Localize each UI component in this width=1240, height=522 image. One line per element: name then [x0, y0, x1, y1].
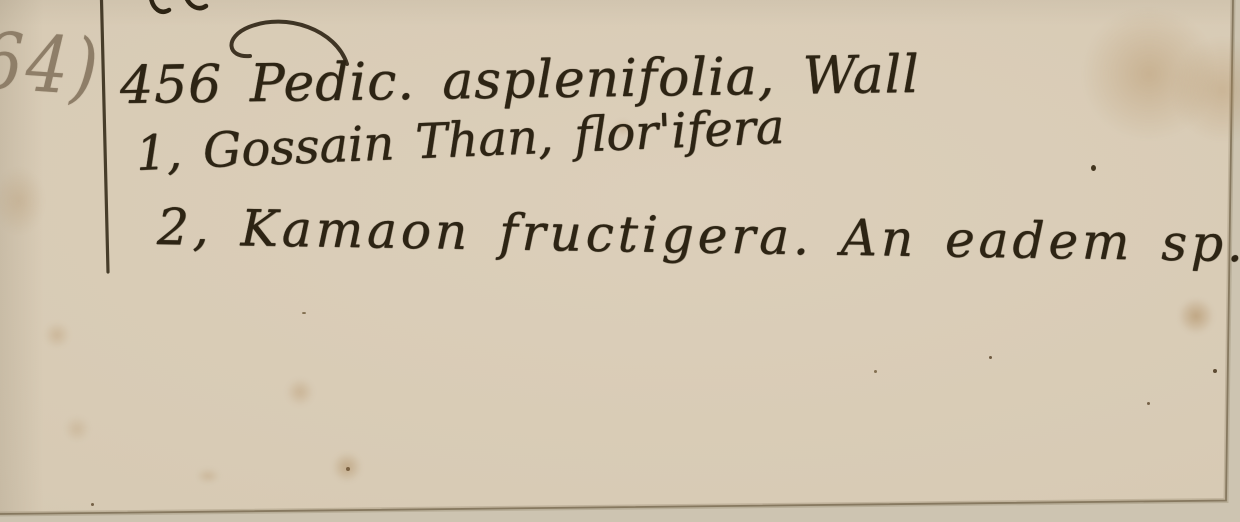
handwritten-line-species: 456 Pedic. asplenifolia, Wall [120, 45, 921, 116]
manuscript-page: 64) 456 Pedic. asplenifolia, Wall 1, Gos… [0, 0, 1240, 522]
margin-number: 64) [0, 16, 104, 114]
